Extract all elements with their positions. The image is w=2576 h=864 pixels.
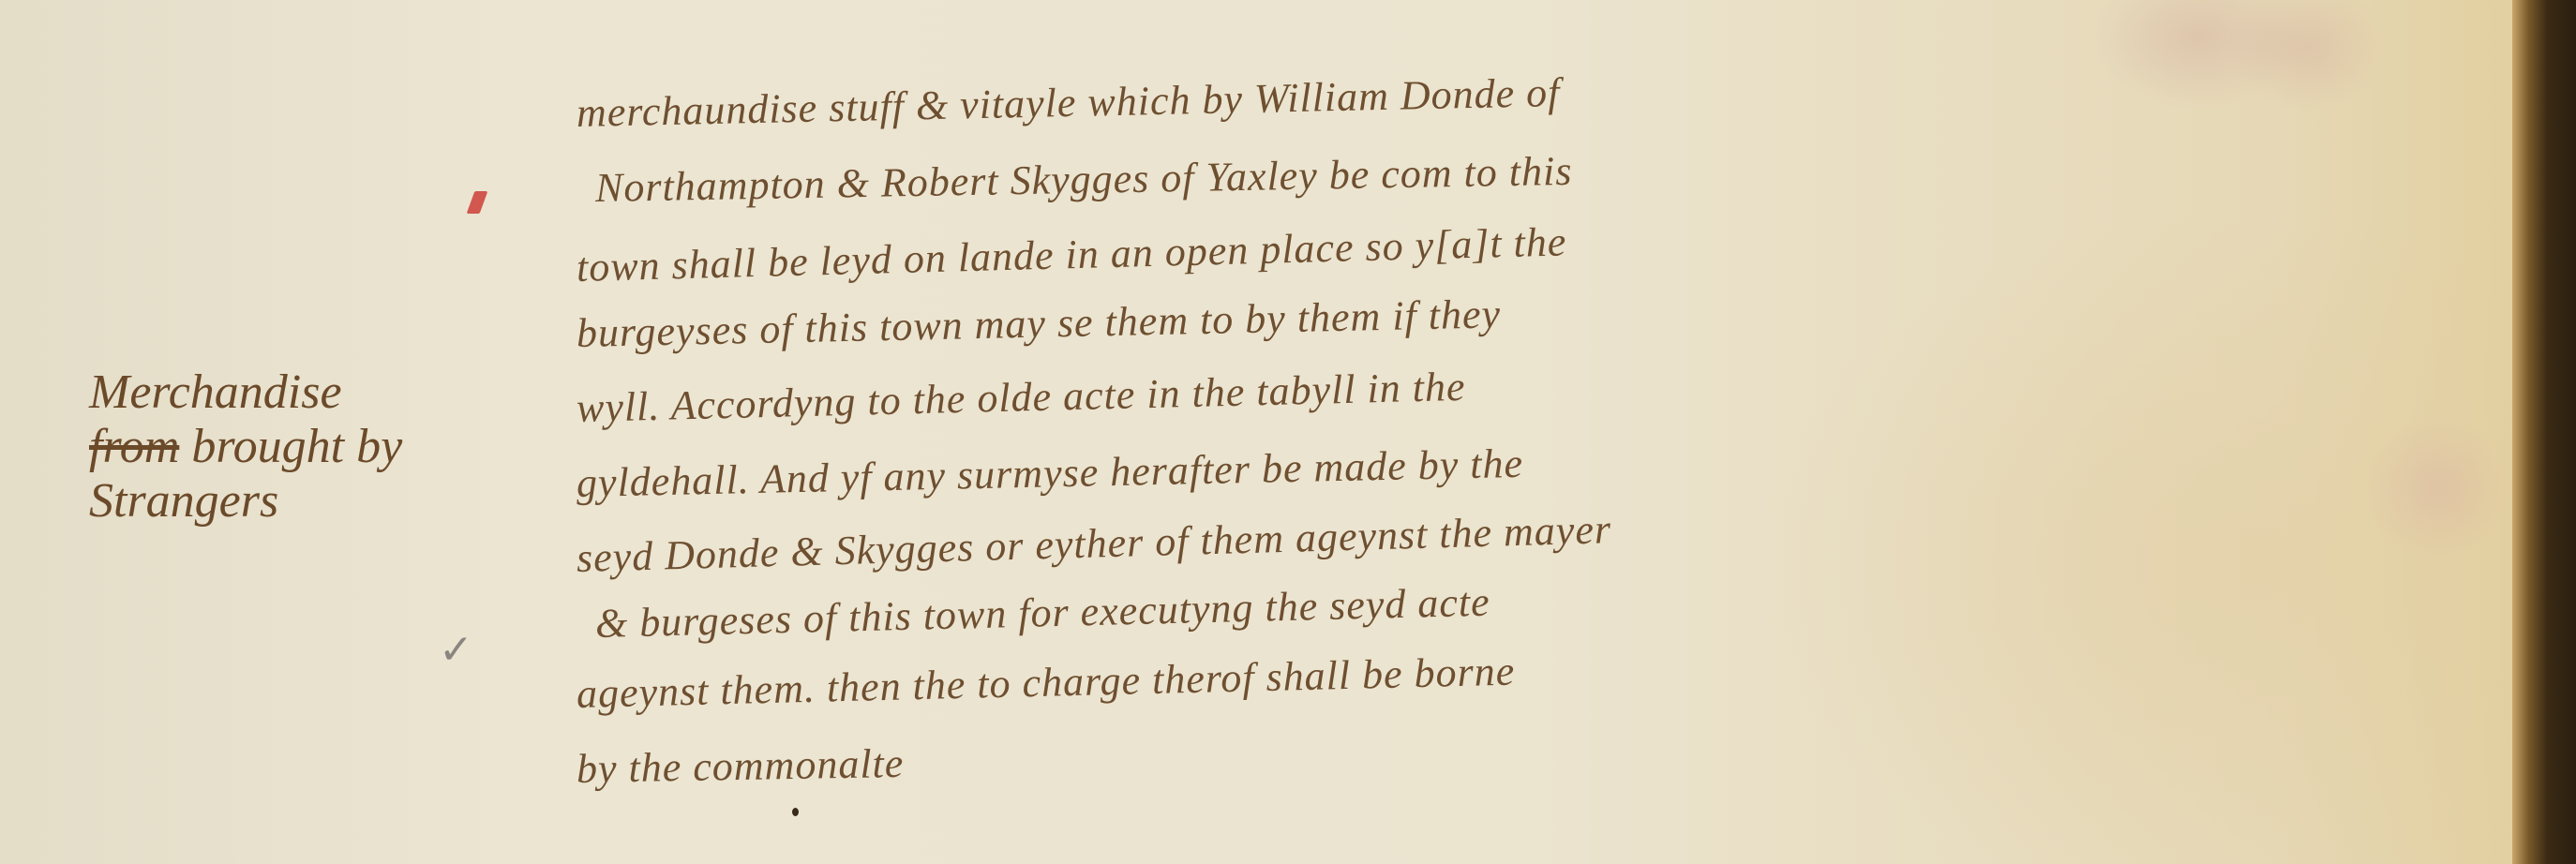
- text-line-1: merchaundise stuff & vitayle which by Wi…: [576, 68, 1560, 137]
- text-line-3: town shall be leyd on lande in an open p…: [576, 217, 1567, 291]
- margin-heading-line-2: from brought by: [89, 420, 402, 474]
- text-line-9: ageynst them. then the to charge therof …: [576, 648, 1515, 718]
- ink-dot: [792, 808, 799, 816]
- margin-heading-line-2-text: brought by: [191, 420, 402, 473]
- text-line-10: by the commonalte: [577, 739, 905, 793]
- text-line-5: wyll. Accordyng to the olde acte in the …: [576, 363, 1466, 432]
- margin-heading: Merchandise from brought by Strangers: [89, 365, 402, 529]
- text-line-8: & burgeses of this town for executyng th…: [594, 578, 1490, 648]
- margin-heading-line-1: Merchandise: [89, 365, 402, 420]
- text-line-6: gyldehall. And yf any surmyse herafter b…: [576, 439, 1523, 507]
- margin-heading-line-3: Strangers: [89, 474, 402, 529]
- manuscript-page: Merchandise from brought by Strangers ✓ …: [0, 0, 2531, 864]
- text-line-7: seyd Donde & Skygges or eyther of them a…: [576, 505, 1611, 582]
- text-line-2: Northampton & Robert Skygges of Yaxley b…: [595, 147, 1573, 212]
- book-spine-edge: [2512, 0, 2576, 864]
- struck-word: from: [89, 420, 179, 473]
- text-line-4: burgeyses of this town may se them to by…: [576, 290, 1501, 357]
- pencil-check-icon: ✓: [439, 626, 473, 674]
- red-tick-mark-icon: [467, 191, 488, 214]
